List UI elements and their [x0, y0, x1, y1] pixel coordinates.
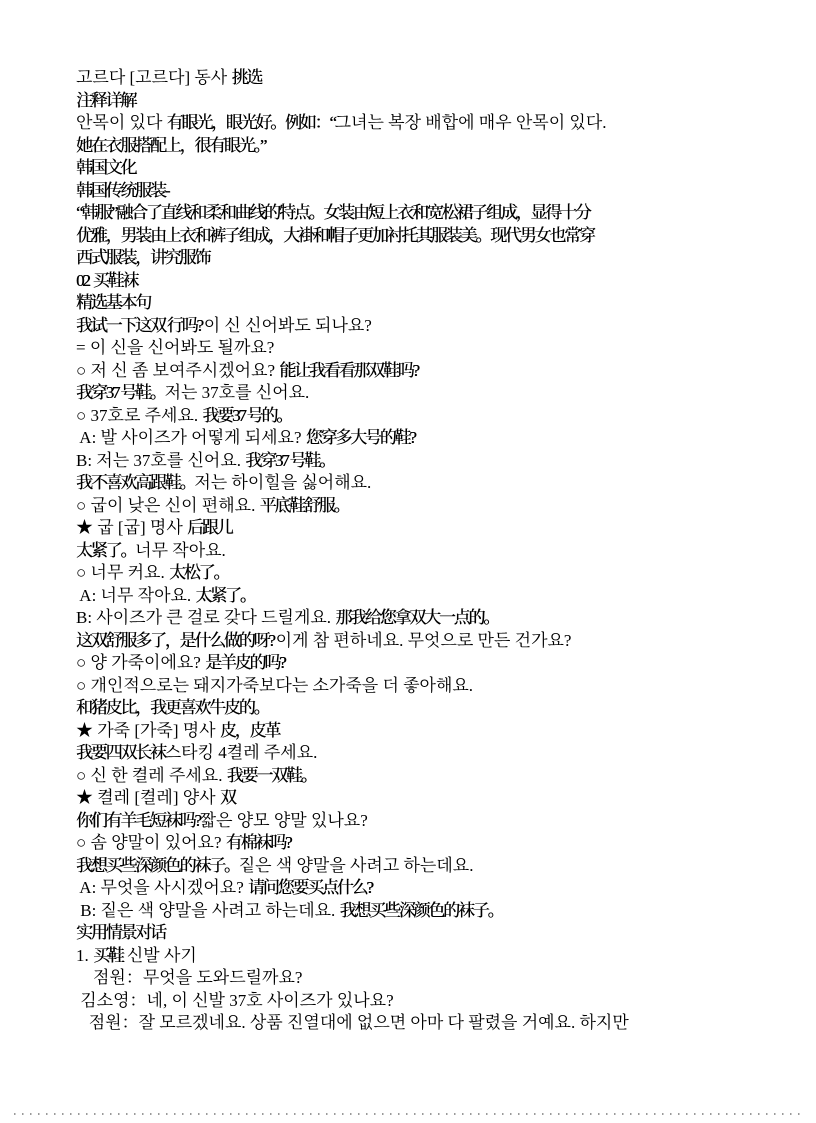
text-line: “韩服”融合了直线和柔和曲线的特点。女装由短上衣和宽松裙子组成，显得十分 [76, 202, 766, 225]
text-line: B: 짙은 색 양말을 사려고 하는데요. 我想买些深颜色的袜子。 [76, 900, 766, 923]
text-line: 韩国传统服装- [76, 180, 766, 203]
korean-text-segment: ○ 솜 양말이 있어요? [76, 833, 226, 852]
korean-text-segment: 점원：잘 모르겠네요. 상품 진열대에 없으면 아마 다 팔렸을 거예요. 하지… [76, 1013, 629, 1032]
korean-text-segment: ○ 양 가죽이에요? [76, 653, 205, 672]
korean-text-segment: ○ 저 신 좀 보여주시겠어요? [76, 361, 279, 380]
text-line: 我不喜欢高跟鞋。저는 하이힐을 싫어해요. [76, 472, 766, 495]
chinese-text-segment: 挑选 [231, 68, 261, 87]
chinese-text-segment: 实用情景对话 [76, 923, 165, 942]
chinese-text-segment: “韩服”融合了直线和柔和曲线的特点。女装由短上衣和宽松裙子组成，显得十分 [76, 203, 590, 222]
text-line: 韩国文化 [76, 157, 766, 180]
korean-text-segment: = 이 신을 신어봐도 될까요? [76, 338, 274, 357]
text-line: 고르다 [고르다] 동사 挑选 [76, 67, 766, 90]
chinese-text-segment: 后跟儿 [187, 518, 231, 537]
text-line: = 이 신을 신어봐도 될까요? [76, 337, 766, 360]
chinese-text-segment: 太紧了。 [76, 541, 135, 560]
korean-text-segment: 저는 37호를 신어요. [165, 383, 310, 402]
text-line: 实用情景对话 [76, 922, 766, 945]
text-line: ○ 신 한 켤레 주세요. 我要一双鞋。 [76, 765, 766, 788]
text-line: 优雅，男装由上衣和裤子组成，大褂和帽子更加衬托其服装美。现代男女也常穿 [76, 225, 766, 248]
chinese-text-segment: 太松了。 [169, 563, 228, 582]
text-line: ★ 굽 [굽] 명사 后跟儿 [76, 517, 766, 540]
chinese-text-segment: 有棉袜吗? [226, 833, 291, 852]
text-line: ★ 켤레 [켤레] 양사 双 [76, 787, 766, 810]
text-line: A: 발 사이즈가 어떻게 되세요? 您穿多大号的鞋? [76, 427, 766, 450]
text-line: ○ 양 가죽이에요? 是羊皮的吗? [76, 652, 766, 675]
chinese-text-segment: 西式服装，讲究服饰 [76, 248, 209, 267]
text-line: ○ 저 신 좀 보여주시겠어요? 能让我看看那双鞋吗? [76, 360, 766, 383]
chinese-text-segment: 买鞋 [93, 946, 123, 965]
chinese-text-segment: 她在衣服搭配上，很有眼光。” [76, 136, 265, 155]
korean-text-segment: 고르다 [고르다] 동사 [76, 68, 231, 87]
korean-text-segment: 이 신 신어봐도 되나요? [204, 316, 372, 335]
chinese-text-segment: 我想买些深颜色的袜子。 [340, 901, 503, 920]
text-line: 점원：무엇을 도와드릴까요? [76, 967, 766, 990]
text-line: 西式服装，讲究服饰 [76, 247, 766, 270]
document-page: 고르다 [고르다] 동사 挑选注释详解안목이 있다 有眼光，眼光好。例如：“그녀… [0, 0, 816, 1123]
korean-text-segment: A: 너무 작아요. [76, 586, 195, 605]
chinese-text-segment: 平底鞋舒服。 [260, 496, 349, 515]
text-line: A: 너무 작아요. 太紧了。 [76, 585, 766, 608]
text-line: A: 무엇을 사시겠어요? 请问您要买点什么? [76, 877, 766, 900]
text-line: 점원：잘 모르겠네요. 상품 진열대에 없으면 아마 다 팔렸을 거예요. 하지… [76, 1012, 766, 1035]
text-line: 김소영：네, 이 신발 37호 사이즈가 있나요? [76, 990, 766, 1013]
text-line: 我穿37 号鞋。저는 37호를 신어요. [76, 382, 766, 405]
text-line: B: 저는 37호를 신어요. 我穿37 号鞋。 [76, 450, 766, 473]
chinese-text-segment: 注释详解 [76, 91, 135, 110]
text-line: 她在衣服搭配上，很有眼光。” [76, 135, 766, 158]
text-line: ★ 가죽 [가죽] 명사 皮，皮革 [76, 720, 766, 743]
chinese-text-segment: 我想买些深颜色的袜子。 [76, 856, 239, 875]
chinese-text-segment: 您穿多大号的鞋? [306, 428, 415, 447]
chinese-text-segment: 太紧了。 [195, 586, 254, 605]
document-text-block: 고르다 [고르다] 동사 挑选注释详解안목이 있다 有眼光，眼光好。例如：“그녀… [76, 67, 766, 1035]
chinese-text-segment: 韩国传统服装- [76, 181, 168, 200]
chinese-text-segment: 我不喜欢高跟鞋。 [76, 473, 194, 492]
korean-text-segment: 저는 하이힐을 싫어해요. [194, 473, 371, 492]
text-line: 注释详解 [76, 90, 766, 113]
korean-text-segment: ○ 37호로 주세요. [76, 406, 202, 425]
korean-text-segment: 짧은 양모 양말 있나요? [200, 811, 368, 830]
korean-text-segment: 신발 사기 [123, 946, 197, 965]
korean-text-segment: ★ 켤레 [켤레] 양사 [76, 788, 220, 807]
text-line: 精选基本句 [76, 292, 766, 315]
korean-text-segment: 안목이 있다 [76, 113, 167, 132]
korean-text-segment: ★ 굽 [굽] 명사 [76, 518, 187, 537]
korean-text-segment: 이게 참 편하네요. 무엇으로 만든 건가요? [276, 631, 572, 650]
chinese-text-segment: 能让我看看那双鞋吗? [279, 361, 417, 380]
korean-text-segment: ○ 신 한 켤레 주세요. [76, 766, 227, 785]
chinese-text-segment: 我穿37 号鞋。 [245, 451, 334, 470]
text-line: 我试一下这双 行吗? 이 신 신어봐도 되나요? [76, 315, 766, 338]
korean-text-segment: 스타킹 4켤레 주세요. [165, 743, 318, 762]
chinese-text-segment: 我要一双鞋。 [227, 766, 316, 785]
korean-text-segment: ○ 너무 커요. [76, 563, 169, 582]
korean-text-segment: 1. [76, 946, 93, 965]
text-line: 你们有羊毛短袜吗?짧은 양모 양말 있나요? [76, 810, 766, 833]
chinese-text-segment: 这双舒服多了，是什么做的呀? [76, 631, 276, 650]
korean-text-segment: B: 짙은 색 양말을 사려고 하는데요. [76, 901, 340, 920]
text-line: 和猪皮比，我更喜欢牛皮的。 [76, 697, 766, 720]
chinese-text-segment: 我要37 号的。 [202, 406, 291, 425]
chinese-text-segment: 双 [220, 788, 235, 807]
korean-text-segment: 점원：무엇을 도와드릴까요? [76, 968, 302, 987]
korean-text-segment: A: 무엇을 사시겠어요? [76, 878, 248, 897]
text-line: 太紧了。너무 작아요. [76, 540, 766, 563]
chinese-text-segment: 精选基本句 [76, 293, 150, 312]
chinese-text-segment: 你们有羊毛短袜吗? [76, 811, 200, 830]
page-bottom-dotted-rule [14, 1113, 804, 1115]
text-line: 我想买些深颜色的袜子。짙은 색 양말을 사려고 하는데요. [76, 855, 766, 878]
chinese-text-segment: 我穿37 号鞋。 [76, 383, 165, 402]
korean-text-segment: ★ 가죽 [가죽] 명사 [76, 721, 220, 740]
chinese-text-segment: 02 买鞋袜 [76, 271, 137, 290]
chinese-text-segment: 有眼光，眼光好。例如：“ [167, 113, 335, 132]
chinese-text-segment: 请问您要买点什么? [248, 878, 372, 897]
text-line: 02 买鞋袜 [76, 270, 766, 293]
korean-text-segment: ○ 굽이 낮은 신이 편해요. [76, 496, 260, 515]
chinese-text-segment: 和猪皮比，我更喜欢牛皮的。 [76, 698, 268, 717]
korean-text-segment: 그녀는 복장 배합에 매우 안목이 있다. [335, 113, 607, 132]
chinese-text-segment: 韩国文化 [76, 158, 135, 177]
korean-text-segment: ○ 개인적으로는 돼지가죽보다는 소가죽을 더 좋아해요. [76, 676, 473, 695]
chinese-text-segment: 我试一下这双 行吗? [76, 316, 204, 335]
chinese-text-segment: 是羊皮的吗? [205, 653, 284, 672]
text-line: B: 사이즈가 큰 걸로 갖다 드릴게요. 那我给您拿双大一点的。 [76, 607, 766, 630]
chinese-text-segment: 皮，皮革 [220, 721, 279, 740]
chinese-text-segment: 那我给您拿双大一点的。 [335, 608, 498, 627]
text-line: 1. 买鞋 신발 사기 [76, 945, 766, 968]
korean-text-segment: 짙은 색 양말을 사려고 하는데요. [239, 856, 474, 875]
chinese-text-segment: 我要四双长袜 [76, 743, 165, 762]
korean-text-segment: 너무 작아요. [135, 541, 226, 560]
text-line: 안목이 있다 有眼光，眼光好。例如：“그녀는 복장 배합에 매우 안목이 있다. [76, 112, 766, 135]
text-line: ○ 솜 양말이 있어요? 有棉袜吗? [76, 832, 766, 855]
korean-text-segment: B: 사이즈가 큰 걸로 갖다 드릴게요. [76, 608, 335, 627]
text-line: ○ 개인적으로는 돼지가죽보다는 소가죽을 더 좋아해요. [76, 675, 766, 698]
text-line: ○ 37호로 주세요. 我要37 号的。 [76, 405, 766, 428]
text-line: 这双舒服多了，是什么做的呀? 이게 참 편하네요. 무엇으로 만든 건가요? [76, 630, 766, 653]
korean-text-segment: 김소영：네, 이 신발 37호 사이즈가 있나요? [76, 991, 394, 1010]
text-line: ○ 너무 커요. 太松了。 [76, 562, 766, 585]
text-line: 我要四双长袜스타킹 4켤레 주세요. [76, 742, 766, 765]
korean-text-segment: B: 저는 37호를 신어요. [76, 451, 245, 470]
text-line: ○ 굽이 낮은 신이 편해요. 平底鞋舒服。 [76, 495, 766, 518]
chinese-text-segment: 优雅，男装由上衣和裤子组成，大褂和帽子更加衬托其服装美。现代男女也常穿 [76, 226, 594, 245]
korean-text-segment: A: 발 사이즈가 어떻게 되세요? [76, 428, 306, 447]
